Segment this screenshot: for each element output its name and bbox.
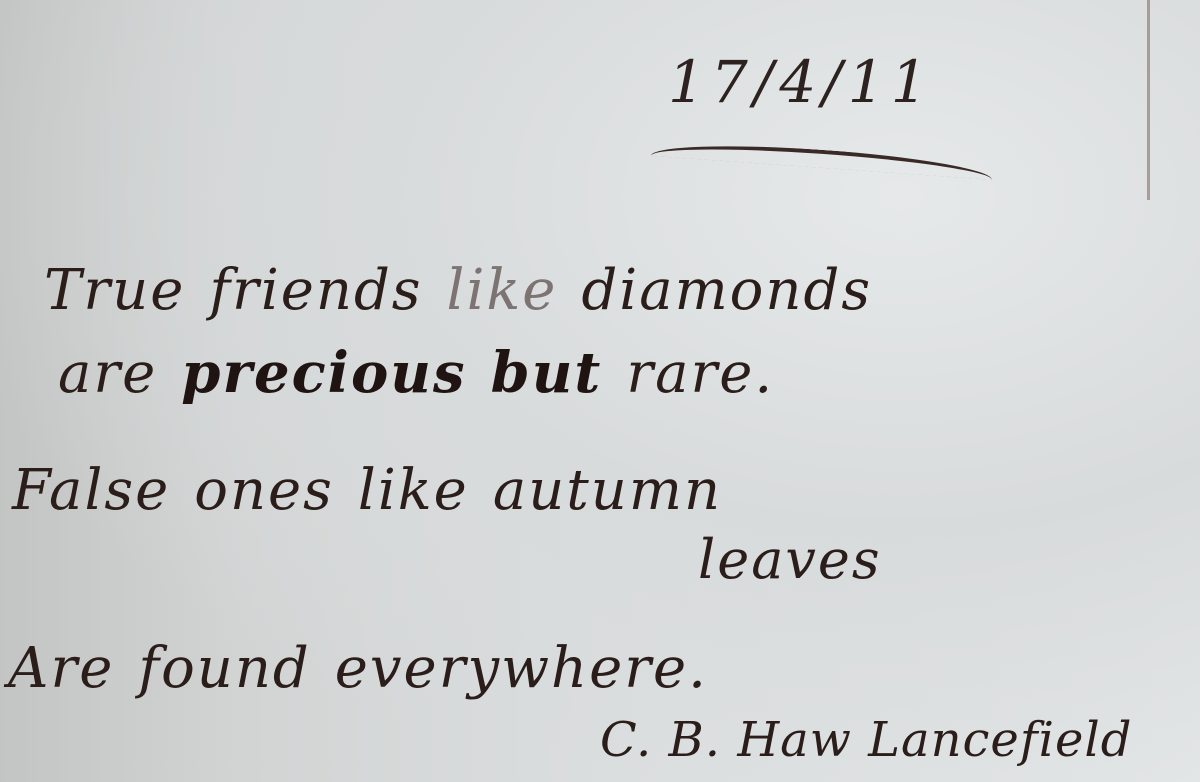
verse-word: friends: [209, 258, 422, 323]
verse-word: autumn: [493, 458, 722, 523]
verse-word: everywhere.: [335, 636, 708, 701]
verse-word: are: [58, 341, 157, 406]
verse-line-3: Falseoneslikeautumn: [12, 458, 722, 523]
verse-word: rare.: [626, 341, 774, 406]
verse-word: ones: [194, 458, 334, 523]
verse-word: True: [44, 258, 185, 323]
verse-line-2: arepreciousbutrare.: [58, 340, 774, 406]
verse-word: leaves: [698, 528, 882, 591]
verse-word: precious: [181, 340, 466, 406]
verse-line-4: leaves: [698, 528, 882, 591]
verse-word: diamonds: [581, 258, 872, 323]
album-page: 17/4/11 Truefriendslikediamonds arepreci…: [0, 0, 1200, 782]
signature: C. B. Haw Lancefield: [600, 712, 1132, 768]
date-underline: [651, 138, 993, 180]
verse-line-1: Truefriendslikediamonds: [44, 258, 872, 323]
date: 17/4/11: [668, 48, 934, 116]
verse-word: but: [491, 340, 603, 406]
verse-word: False: [12, 458, 170, 523]
verse-word: found: [138, 636, 310, 701]
verse-word-faded: like: [447, 258, 558, 323]
verse-word: like: [358, 458, 469, 523]
page-curled-edge: [1147, 0, 1200, 200]
verse-word: Are: [8, 636, 114, 701]
verse-line-5: Arefoundeverywhere.: [8, 636, 708, 701]
